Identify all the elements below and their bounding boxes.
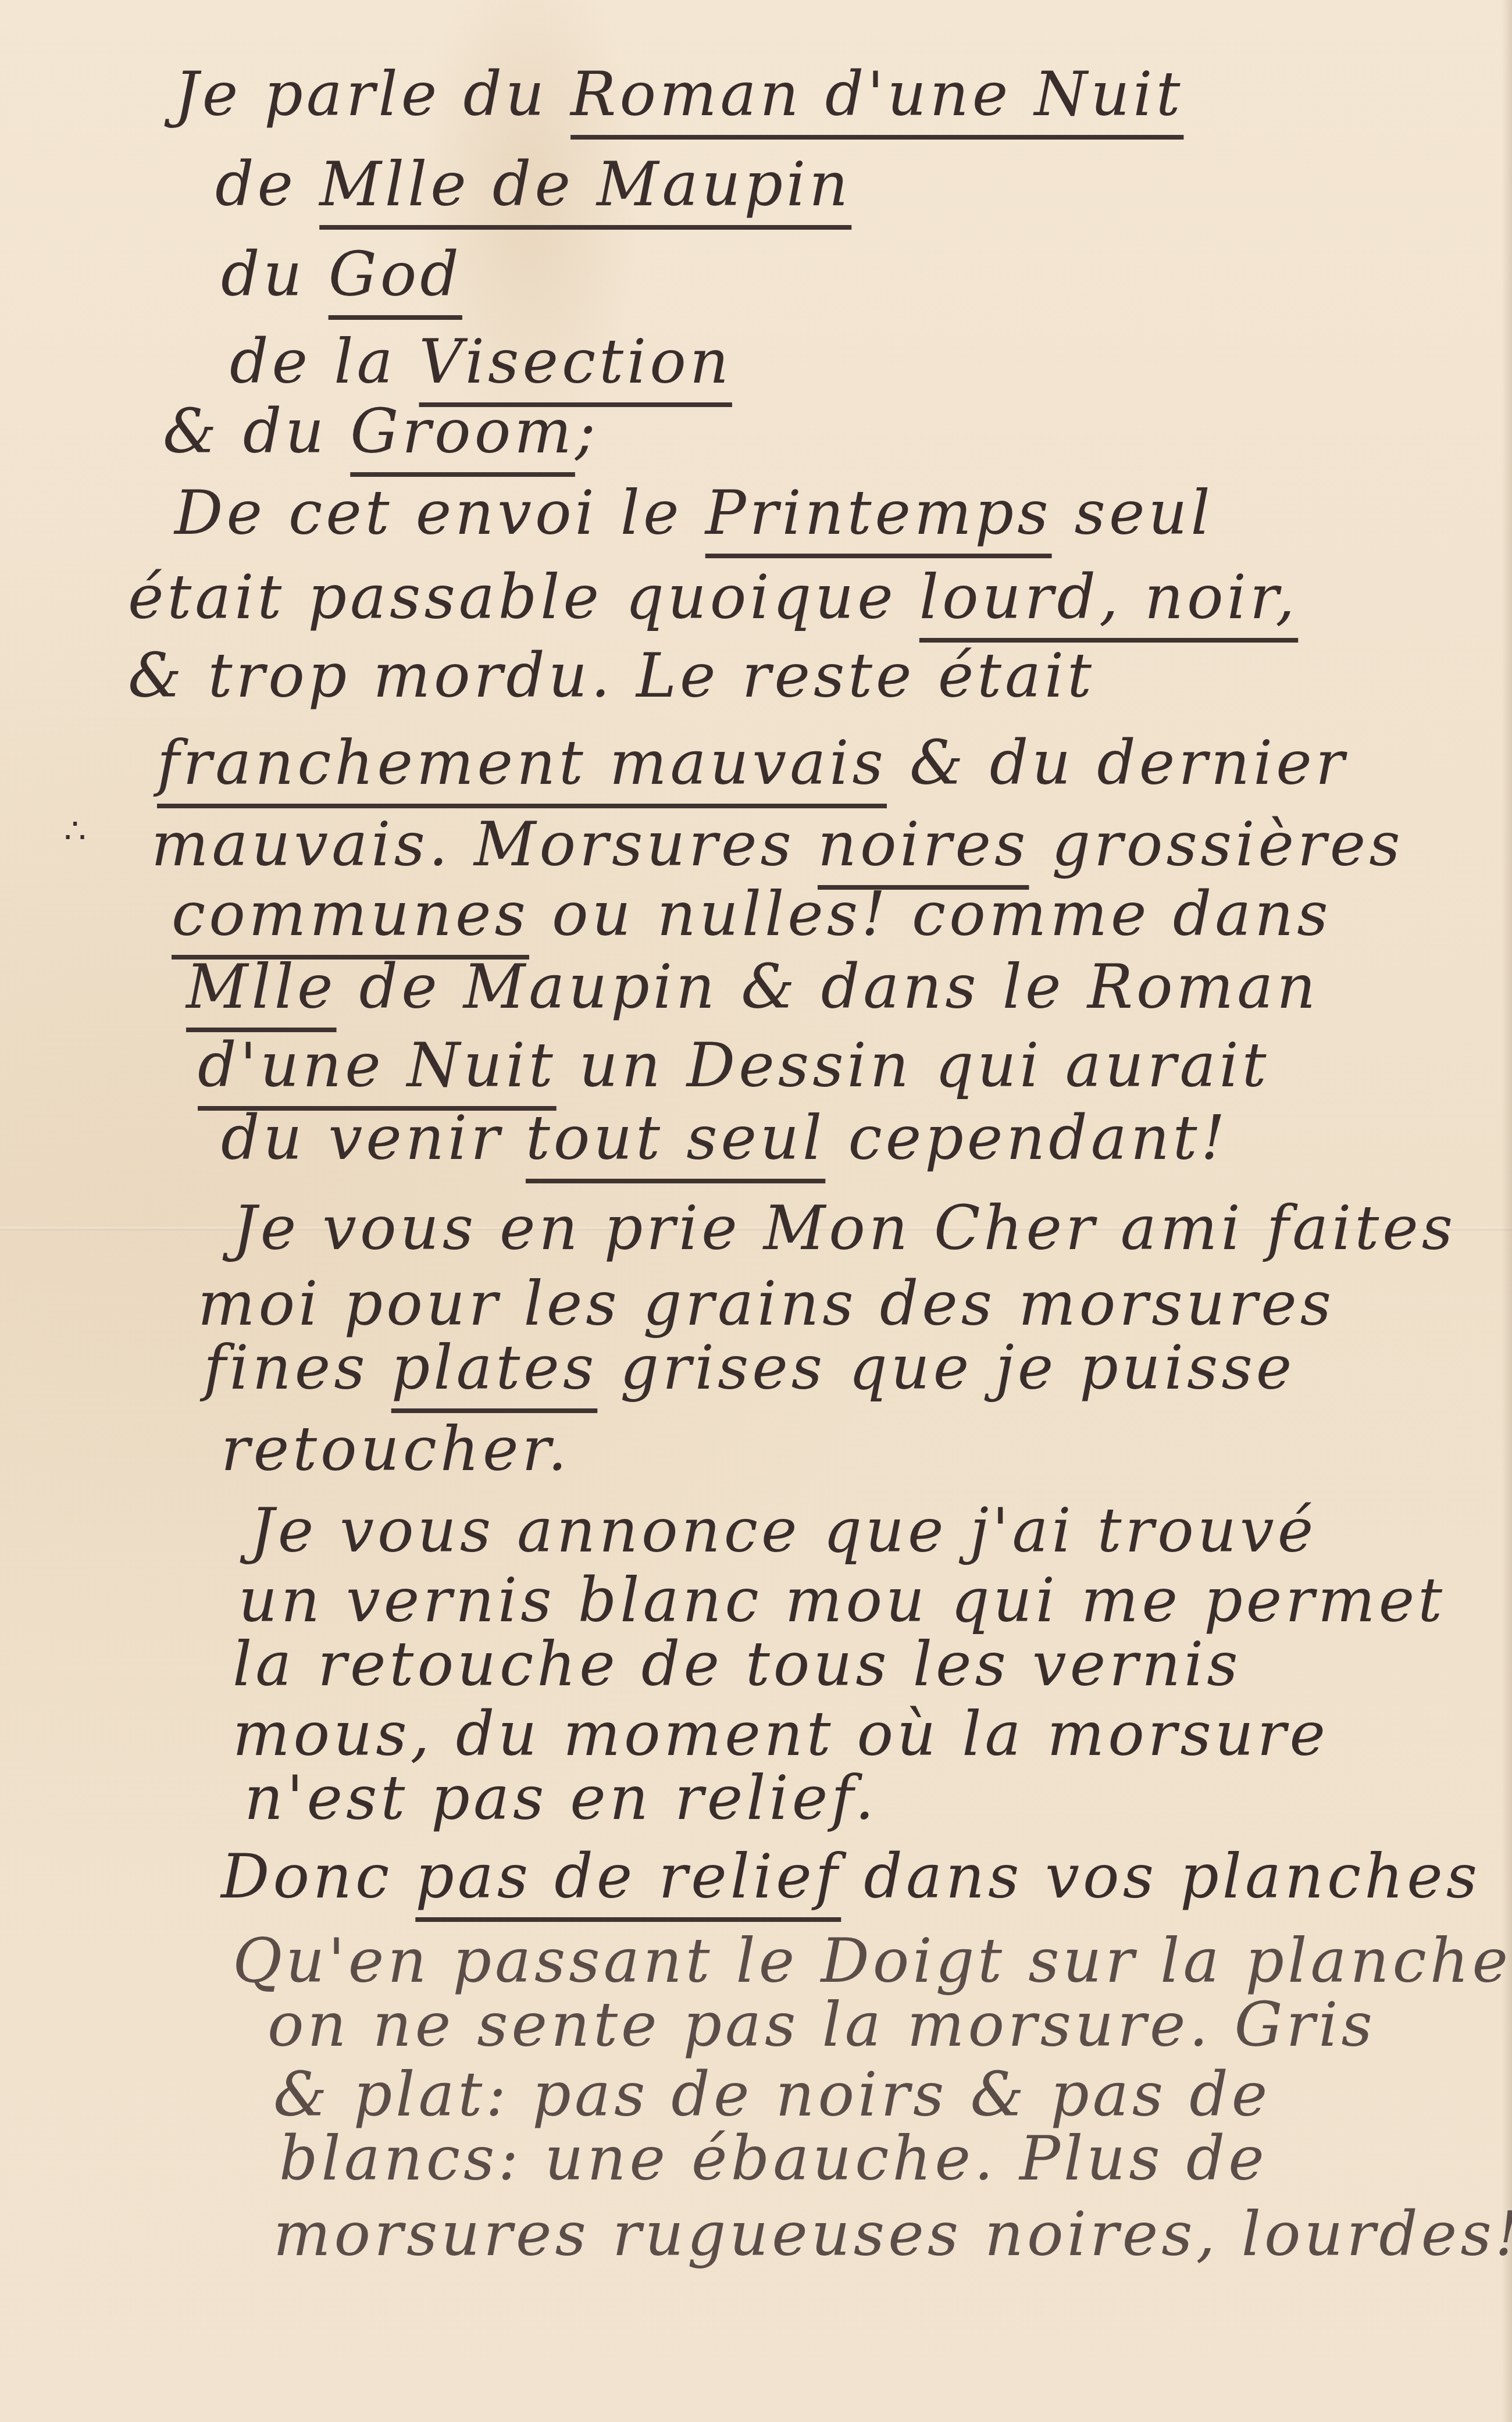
- letter-line-10: mauvais. Morsures noires grossières: [151, 814, 1404, 875]
- letter-line-13: d'une Nuit un Dessin qui aurait: [198, 1035, 1269, 1096]
- letter-line-7: était passable quoique lourd, noir,: [128, 567, 1298, 627]
- letter-line-4: de la Visection: [230, 331, 732, 392]
- letter-line-2: de Mlle de Maupin: [215, 154, 851, 215]
- letter-line-27: & plat: pas de noirs & pas de: [273, 2064, 1271, 2125]
- letter-line-22: mous, du moment où la morsure: [233, 1704, 1329, 1764]
- letter-line-1: Je parle du Roman d'une Nuit: [174, 64, 1183, 124]
- letter-line-29: morsures rugueuses noires, lourdes!: [273, 2204, 1512, 2264]
- letter-line-3: du God: [221, 244, 462, 305]
- letter-line-21: la retouche de tous les vernis: [233, 1634, 1242, 1695]
- letter-line-9: franchement mauvais & du dernier: [157, 733, 1348, 793]
- paper-edge-shadow: [1502, 0, 1512, 2422]
- letter-line-11: communes ou nulles! comme dans: [172, 884, 1332, 944]
- letter-line-19: Je vous annonce que j'ai trouvé: [250, 1500, 1317, 1561]
- letter-line-26: on ne sente pas la morsure. Gris: [268, 1995, 1376, 2055]
- letter-line-17: fines plates grises que je puisse: [204, 1337, 1295, 1398]
- letter-line-15: Je vous en prie Mon Cher ami faites: [233, 1198, 1456, 1258]
- letter-line-24: Donc pas de relief dans vos planches: [221, 1846, 1481, 1907]
- letter-line-6: De cet envoi le Printemps seul: [174, 483, 1214, 543]
- letter-line-12: Mlle de Maupin & dans le Roman: [186, 957, 1319, 1017]
- letter-line-25: Qu'en passant le Doigt sur la planche: [233, 1931, 1511, 1991]
- letter-line-23: n'est pas en relief.: [244, 1768, 878, 1828]
- letter-line-5: & du Groom;: [163, 401, 599, 462]
- letter-line-20: un vernis blanc mou qui me permet: [238, 1570, 1446, 1631]
- letter-line-8: & trop mordu. Le reste était: [128, 645, 1095, 706]
- letter-line-14: du venir tout seul cependant!: [221, 1108, 1228, 1168]
- letter-line-16: moi pour les grains des morsures: [198, 1274, 1335, 1334]
- letter-line-18: retoucher.: [221, 1419, 570, 1479]
- letter-line-28: blancs: une ébauche. Plus de: [279, 2128, 1268, 2189]
- margin-ink-mark: ∴: [64, 811, 86, 852]
